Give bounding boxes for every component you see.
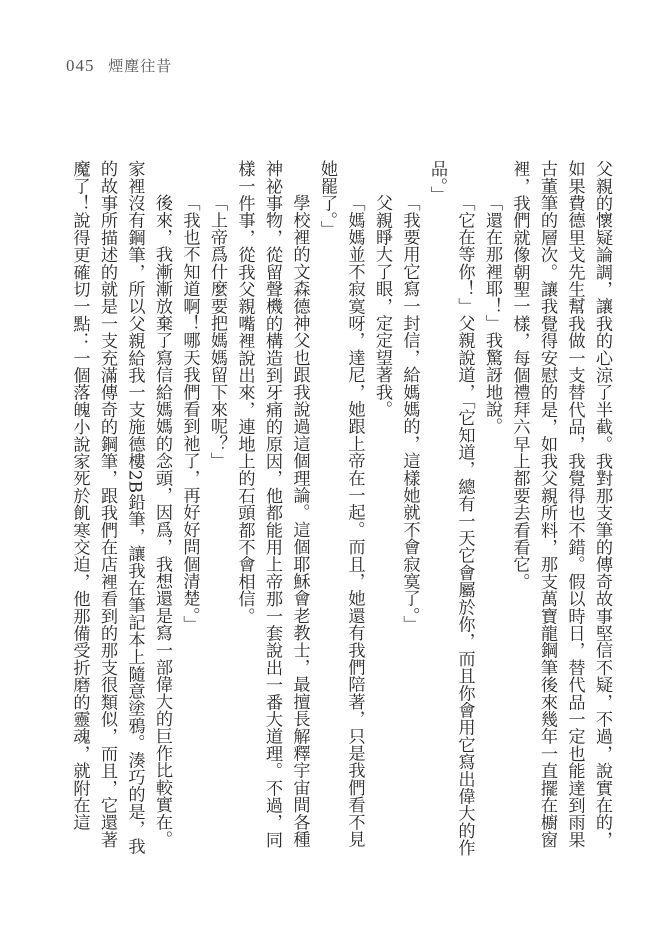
running-header: 045 煙塵往昔 [66,55,172,76]
paragraph: 父親睜大了眼，定定望著我。 [368,160,396,860]
paragraph: 「還在那裡耶！」我驚訝地說。 [478,160,506,860]
paragraph: 學校裡的文森德神父也跟我說過這個理論。這個耶穌會老教士，最擅長解釋宇宙間各種神祕… [230,160,313,860]
paragraph: 「它在等你！」父親說道，「它知道，總有一天它會屬於你，而且你會用它寫出偉大的作品… [423,160,478,860]
paragraph: 「媽媽並不寂寞呀，達尼，她跟上帝在一起。而且，她還有我們陪著，只是我們看不見她罷… [313,160,368,860]
page-body: 父親的懷疑論調，讓我的心涼了半截。我對那支筆的傳奇故事堅信不疑，不過，說實在的，… [40,160,615,860]
page-number: 045 [66,56,95,75]
paragraph: 後來，我漸漸放棄了寫信給媽媽的念頭，因爲，我想還是寫一部偉大的巨作比較實在。家裡… [65,160,175,860]
paragraph: 「我也不知道啊！哪天我們看到祂了，再好好問個清楚。」 [175,160,203,860]
paragraph: 父親的懷疑論調，讓我的心涼了半截。我對那支筆的傳奇故事堅信不疑，不過，說實在的，… [505,160,615,860]
paragraph: 「上帝爲什麼要把媽媽留下來呢？」 [203,160,231,860]
paragraph: 「我要用它寫一封信，給媽媽的，這樣她就不會寂寞了。」 [395,160,423,860]
running-title: 煙塵往昔 [108,57,172,75]
